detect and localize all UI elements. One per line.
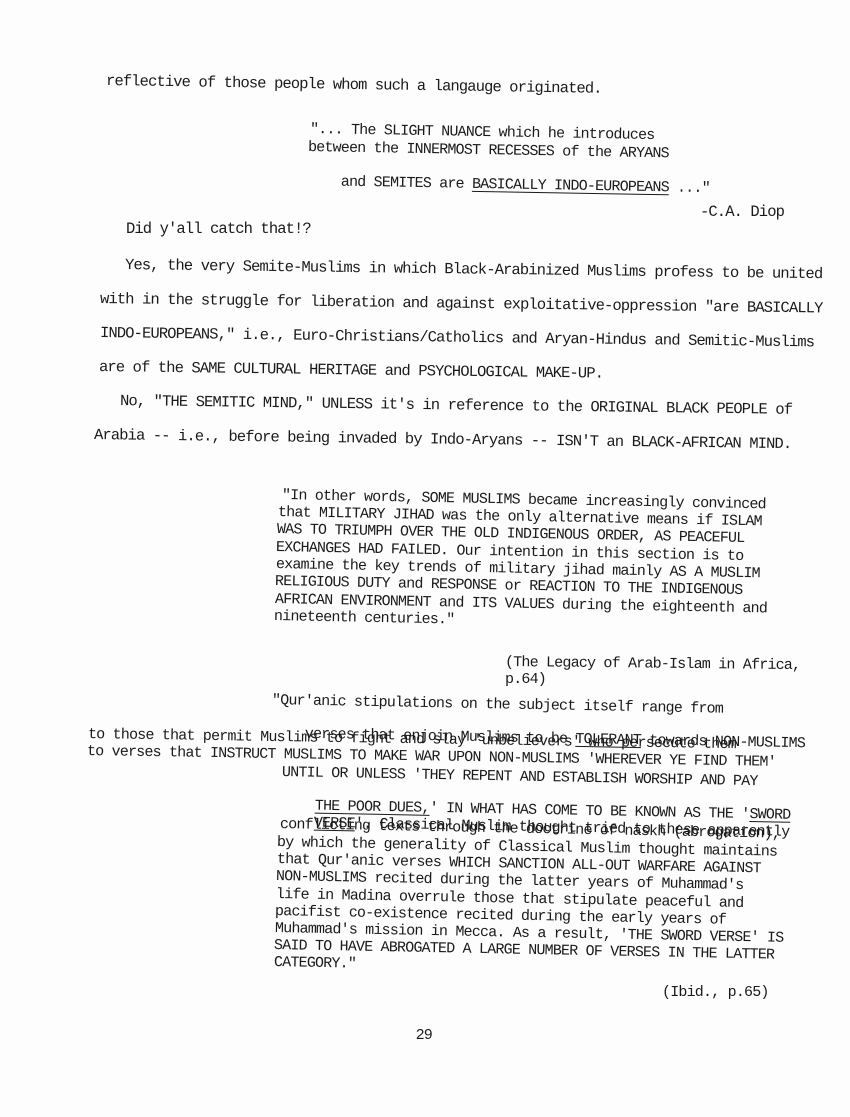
- page-number: 29: [416, 1027, 432, 1042]
- paragraph-line: Arabia -- i.e., before being invaded by …: [94, 428, 791, 453]
- paragraph-line: with in the struggle for liberation and …: [100, 292, 823, 317]
- paragraph-line: Did y'all catch that!?: [126, 222, 311, 238]
- quote-line: CATEGORY.": [274, 955, 356, 972]
- paragraph-line: are of the SAME CULTURAL HERITAGE and PS…: [99, 360, 603, 382]
- quote-line: and SEMITES are BASICALLY INDO-EUROPEANS…: [308, 159, 711, 211]
- citation-line: p.64): [505, 672, 546, 687]
- quote-attribution: -C.A. Diop: [700, 205, 784, 221]
- paragraph-line: No, "THE SEMITIC MIND," UNLESS it's in r…: [120, 394, 792, 418]
- citation-line: (Ibid., p.65): [662, 985, 769, 1000]
- paragraph-line: Yes, the very Semite-Muslims in which Bl…: [125, 258, 822, 283]
- document-page: reflective of those people whom such a l…: [0, 0, 850, 1117]
- underlined-emphasis: BASICALLY INDO-EUROPEANS: [472, 176, 669, 196]
- paragraph-line: INDO-EUROPEANS," i.e., Euro-Christians/C…: [100, 326, 814, 351]
- paragraph-line: reflective of those people whom such a l…: [106, 74, 602, 97]
- quote-text: ...": [669, 179, 710, 197]
- quote-text: and SEMITES are: [341, 174, 473, 193]
- quote-line: nineteenth centuries.": [274, 609, 455, 627]
- citation-line: (The Legacy of Arab-Islam in Africa,: [505, 655, 800, 673]
